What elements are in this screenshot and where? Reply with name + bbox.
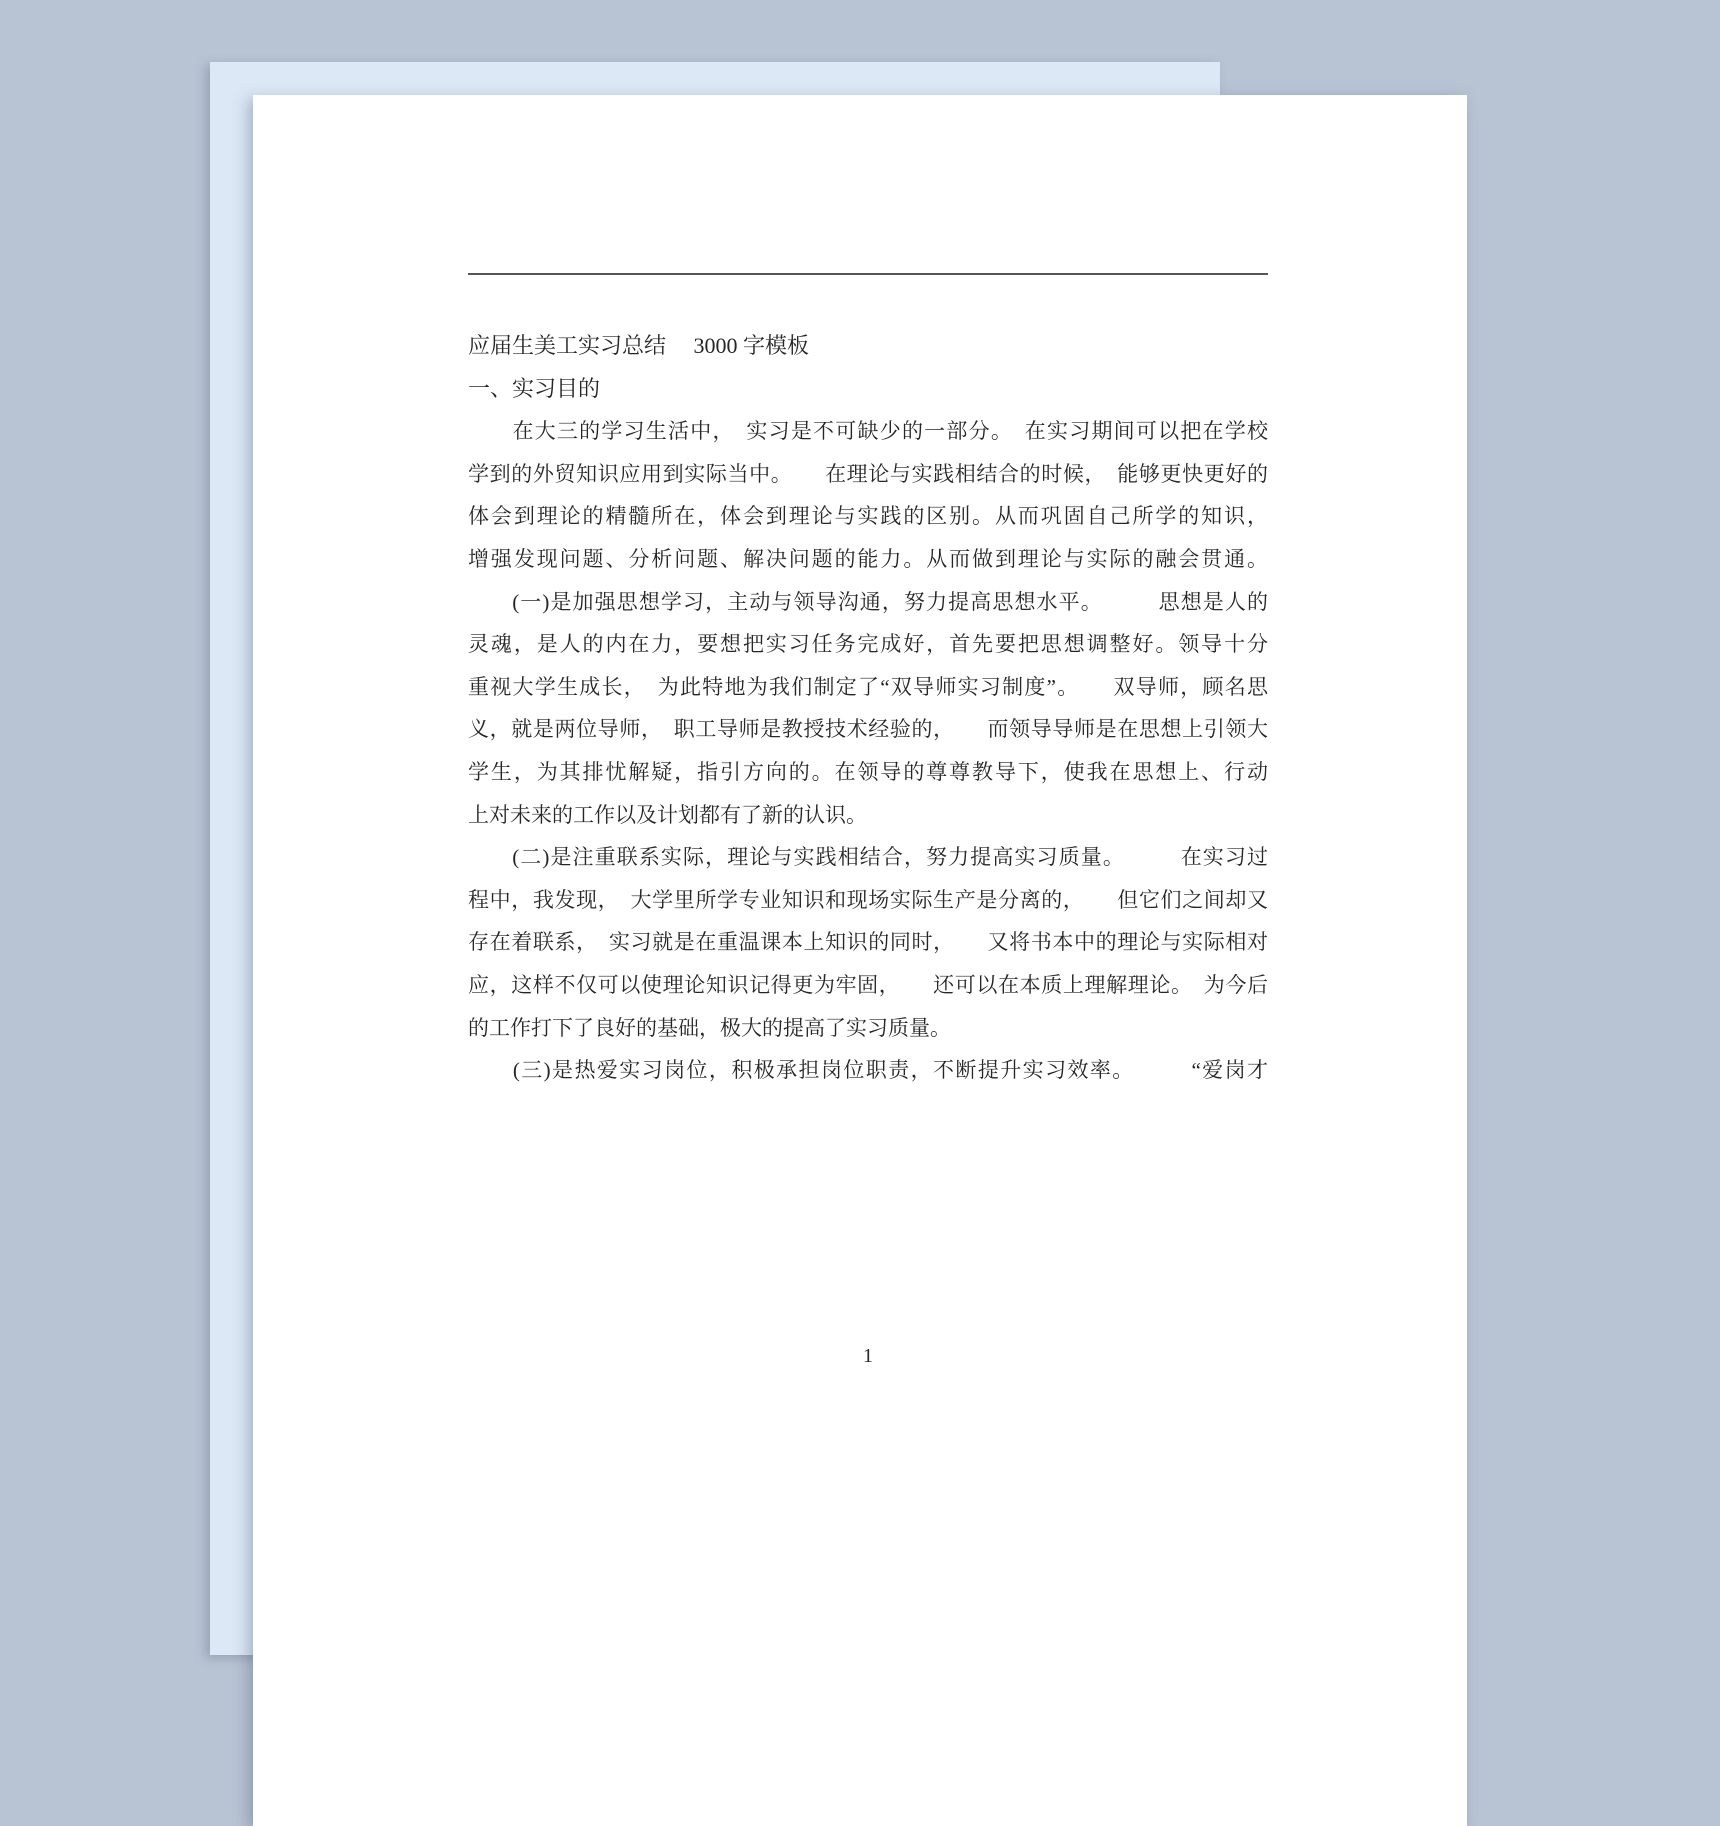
body-line: 上对未来的工作以及计划都有了新的认识。 xyxy=(468,794,1268,837)
body-line: 增强发现问题、分析问题、解决问题的能力。从而做到理论与实际的融会贯通。 xyxy=(468,538,1268,581)
body-line: (二)是注重联系实际，理论与实践相结合，努力提高实习质量。 在实习过 xyxy=(468,836,1268,879)
section-heading: 一、实习目的 xyxy=(468,368,1268,411)
body-line: (一)是加强思想学习，主动与领导沟通，努力提高思想水平。 思想是人的 xyxy=(468,581,1268,624)
body-line: 学生，为其排忧解疑，指引方向的。在领导的尊尊教导下，使我在思想上、行动 xyxy=(468,751,1268,794)
doc-title: 应届生美工实习总结 3000 字模板 xyxy=(468,325,1268,368)
body-line: 程中，我发现， 大学里所学专业知识和现场实际生产是分离的， 但它们之间却又 xyxy=(468,879,1268,922)
body-line: 学到的外贸知识应用到实际当中。 在理论与实践相结合的时候， 能够更快更好的 xyxy=(468,453,1268,496)
body-line: 应，这样不仅可以使理论知识记得更为牢固， 还可以在本质上理解理论。 为今后 xyxy=(468,964,1268,1007)
document-content: 应届生美工实习总结 3000 字模板 一、实习目的 在大三的学习生活中， 实习是… xyxy=(253,95,1268,1092)
body-line: 体会到理论的精髓所在，体会到理论与实践的区别。从而巩固自己所学的知识， xyxy=(468,495,1268,538)
document-page: 应届生美工实习总结 3000 字模板 一、实习目的 在大三的学习生活中， 实习是… xyxy=(253,95,1467,1826)
body-line: 的工作打下了良好的基础，极大的提高了实习质量。 xyxy=(468,1007,1268,1050)
body-line: 存在着联系， 实习就是在重温课本上知识的同时， 又将书本中的理论与实际相对 xyxy=(468,921,1268,964)
body-line: 灵魂，是人的内在力，要想把实习任务完成好，首先要把思想调整好。领导十分 xyxy=(468,623,1268,666)
body-line: 义，就是两位导师， 职工导师是教授技术经验的， 而领导导师是在思想上引领大 xyxy=(468,708,1268,751)
page-number: 1 xyxy=(468,1336,1268,1376)
header-rule xyxy=(468,273,1268,275)
text-block: 应届生美工实习总结 3000 字模板 一、实习目的 在大三的学习生活中， 实习是… xyxy=(468,325,1268,1092)
body-line: (三)是热爱实习岗位，积极承担岗位职责，不断提升实习效率。 “爱岗才 xyxy=(468,1049,1268,1092)
body-line: 重视大学生成长， 为此特地为我们制定了“双导师实习制度”。 双导师，顾名思 xyxy=(468,666,1268,709)
body-line: 在大三的学习生活中， 实习是不可缺少的一部分。 在实习期间可以把在学校 xyxy=(468,410,1268,453)
